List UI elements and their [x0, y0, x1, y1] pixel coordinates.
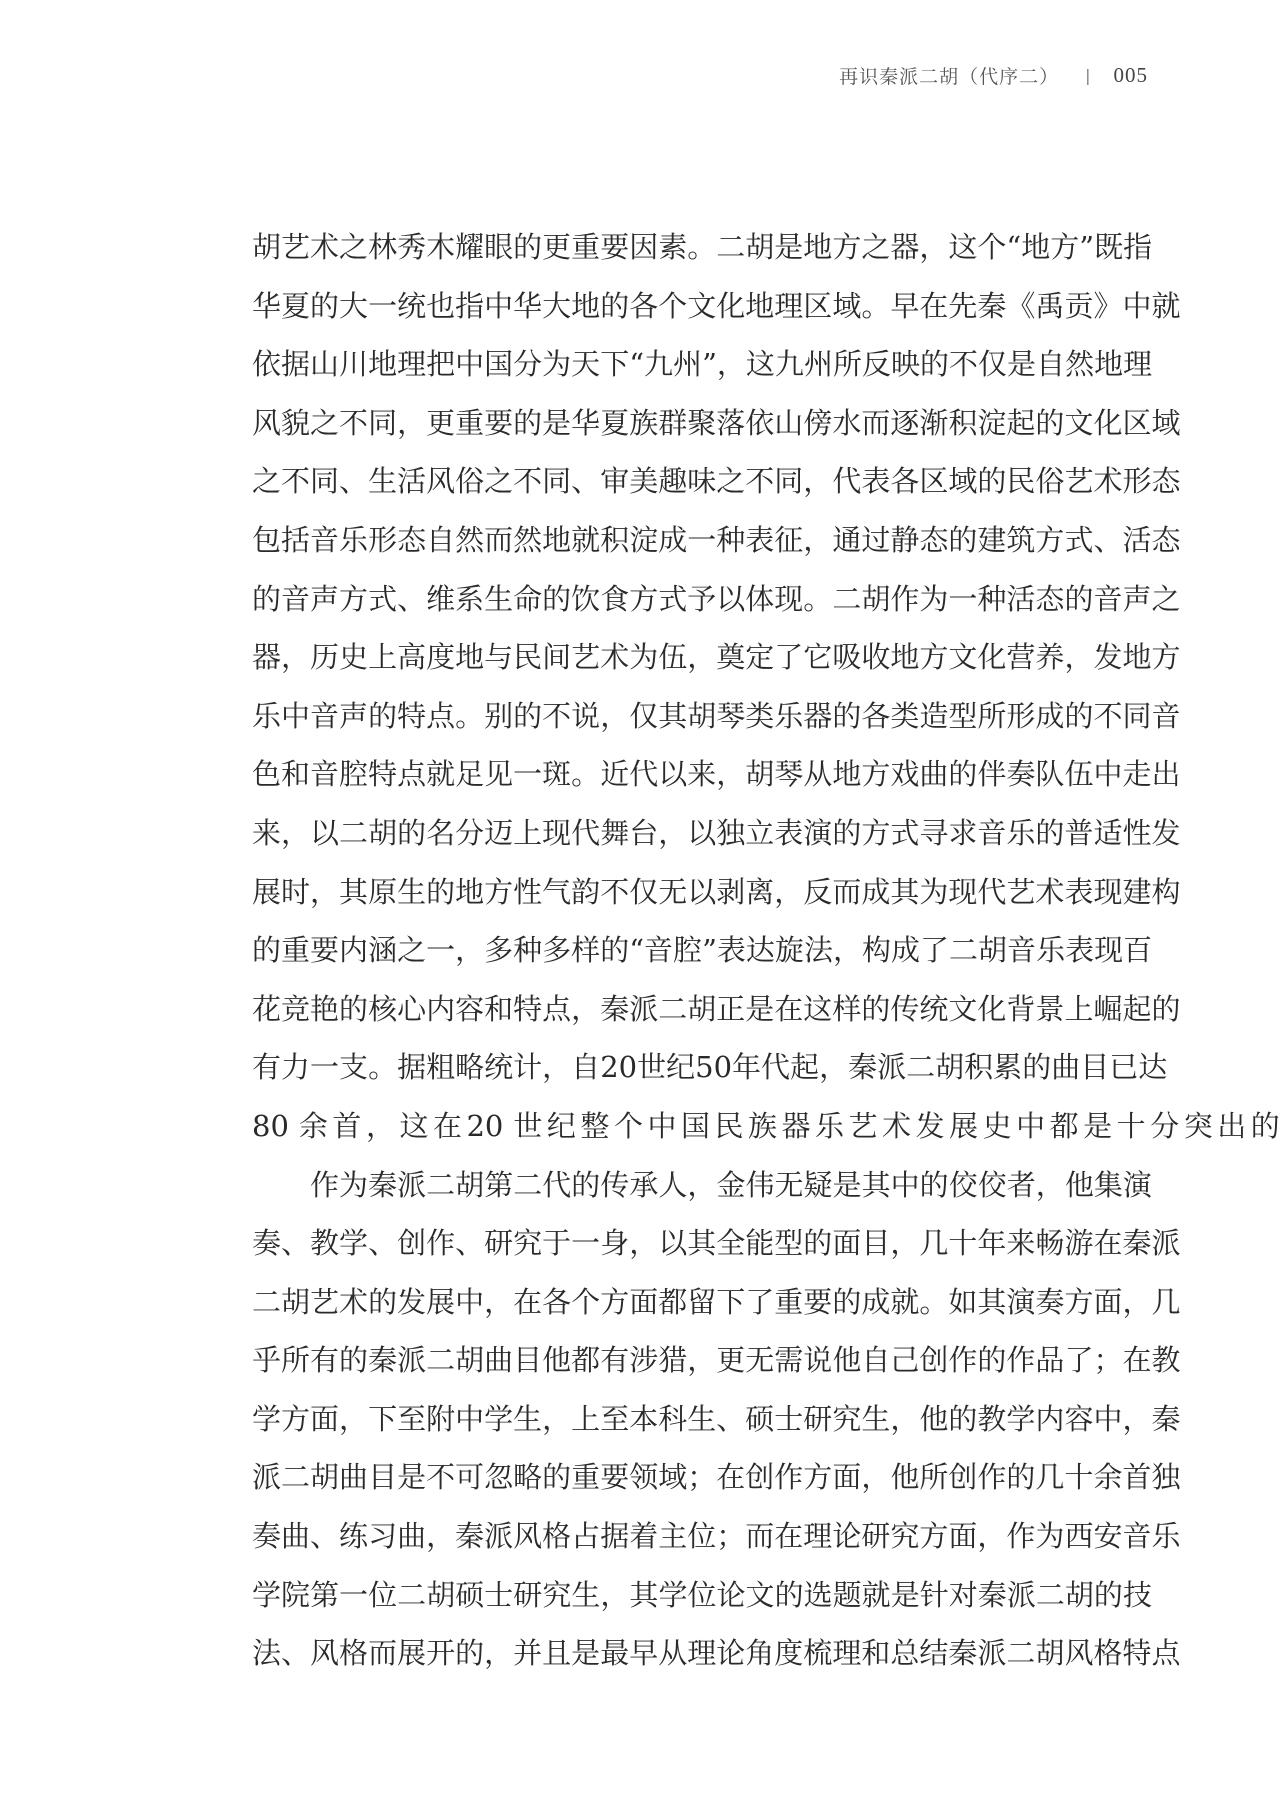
text-line: 奏曲、练习曲，秦派风格占据着主位；而在理论研究方面，作为西安音乐 — [252, 1513, 1152, 1572]
text-line: 的音声方式、维系生命的饮食方式予以体现。二胡作为一种活态的音声之 — [252, 576, 1152, 635]
text-line: 胡艺术之林秀木耀眼的更重要因素。二胡是地方之器，这个“地方”既指 — [252, 224, 1152, 283]
text-line: 二胡艺术的发展中，在各个方面都留下了重要的成就。如其演奏方面，几 — [252, 1279, 1152, 1338]
text-line: 器，历史上高度地与民间艺术为伍，奠定了它吸收地方文化营养，发地方 — [252, 634, 1152, 693]
text-line: 派二胡曲目是不可忽略的重要领域；在创作方面，他所创作的几十余首独 — [252, 1454, 1152, 1513]
text-line: 80余首，这在20世纪整个中国民族器乐艺术发展史中都是十分突出的。 — [252, 1103, 1152, 1162]
text-line: 的重要内涵之一，多种多样的“音腔”表达旋法，构成了二胡音乐表现百 — [252, 927, 1152, 986]
body-text: 胡艺术之林秀木耀眼的更重要因素。二胡是地方之器，这个“地方”既指 华夏的大一统也… — [252, 224, 1152, 1689]
text-line: 来，以二胡的名分迈上现代舞台，以独立表演的方式寻求音乐的普适性发 — [252, 810, 1152, 869]
paragraph-2: 作为秦派二胡第二代的传承人，金伟无疑是其中的佼佼者，他集演 奏、教学、创作、研究… — [252, 1162, 1152, 1689]
text-line: 花竞艳的核心内容和特点，秦派二胡正是在这样的传统文化背景上崛起的 — [252, 986, 1152, 1045]
paragraph-1: 胡艺术之林秀木耀眼的更重要因素。二胡是地方之器，这个“地方”既指 华夏的大一统也… — [252, 224, 1152, 1162]
text-line: 色和音腔特点就足见一斑。近代以来，胡琴从地方戏曲的伴奏队伍中走出 — [252, 751, 1152, 810]
text-line: 华夏的大一统也指中华大地的各个文化地理区域。早在先秦《禹贡》中就 — [252, 283, 1152, 342]
text-line: 学院第一位二胡硕士研究生，其学位论文的选题就是针对秦派二胡的技 — [252, 1572, 1152, 1631]
text-line: 作为秦派二胡第二代的传承人，金伟无疑是其中的佼佼者，他集演 — [252, 1162, 1152, 1221]
text-line: 包括音乐形态自然而然地就积淀成一种表征，通过静态的建筑方式、活态 — [252, 517, 1152, 576]
text-line: 展时，其原生的地方性气韵不仅无以剥离，反而成其为现代艺术表现建构 — [252, 869, 1152, 928]
text-line: 乎所有的秦派二胡曲目他都有涉猎，更无需说他自己创作的作品了；在教 — [252, 1337, 1152, 1396]
text-line: 风貌之不同，更重要的是华夏族群聚落依山傍水而逐渐积淀起的文化区域 — [252, 400, 1152, 459]
running-head: 再识秦派二胡（代序二） | 005 — [839, 62, 1148, 89]
text-line: 有力一支。据粗略统计，自20世纪50年代起，秦派二胡积累的曲目已达 — [252, 1044, 1152, 1103]
text-line: 法、风格而展开的，并且是最早从理论角度梳理和总结秦派二胡风格特点 — [252, 1630, 1152, 1689]
text-line: 乐中音声的特点。别的不说，仅其胡琴类乐器的各类造型所形成的不同音 — [252, 693, 1152, 752]
running-head-separator: | — [1085, 66, 1091, 85]
text-line: 之不同、生活风俗之不同、审美趣味之不同，代表各区域的民俗艺术形态 — [252, 458, 1152, 517]
text-line: 奏、教学、创作、研究于一身，以其全能型的面目，几十年来畅游在秦派 — [252, 1220, 1152, 1279]
running-head-title: 再识秦派二胡（代序二） — [839, 62, 1059, 89]
page-number: 005 — [1114, 63, 1149, 88]
text-line: 学方面，下至附中学生，上至本科生、硕士研究生，他的教学内容中，秦 — [252, 1396, 1152, 1455]
text-line: 依据山川地理把中国分为天下“九州”，这九州所反映的不仅是自然地理 — [252, 341, 1152, 400]
